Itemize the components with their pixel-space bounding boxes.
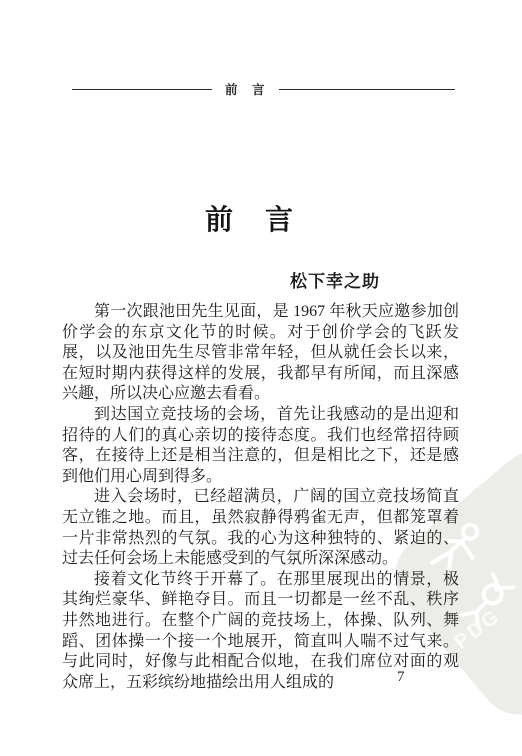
body-text: 第一次跟池田先生见面，是 1967 年秋天应邀参加创价学会的东京文化节的时候。对… (62, 302, 459, 693)
book-page: 前 言 PDG 前 言 松下幸之助 第一次跟池田先生见面，是 1967 年秋天应… (0, 0, 522, 756)
paragraph: 第一次跟池田先生见面，是 1967 年秋天应邀参加创价学会的东京文化节的时候。对… (62, 302, 459, 405)
header-rule-left (72, 89, 212, 90)
header-rule-right (279, 89, 455, 90)
paragraph: 到达国立竞技场的会场，首先让我感动的是出迎和招待的人们的真心亲切的接待态度。我们… (62, 405, 459, 487)
page-number: 7 (397, 669, 405, 686)
paragraph: 进入会场时，已经超满员，广阔的国立竞技场简直无立锥之地。而且，虽然寂静得鸦雀无声… (62, 487, 459, 569)
author-name: 松下幸之助 (290, 267, 380, 292)
running-header-text: 前 言 (225, 80, 266, 98)
running-header: 前 言 (72, 82, 455, 96)
chapter-title: 前 言 (0, 198, 500, 238)
